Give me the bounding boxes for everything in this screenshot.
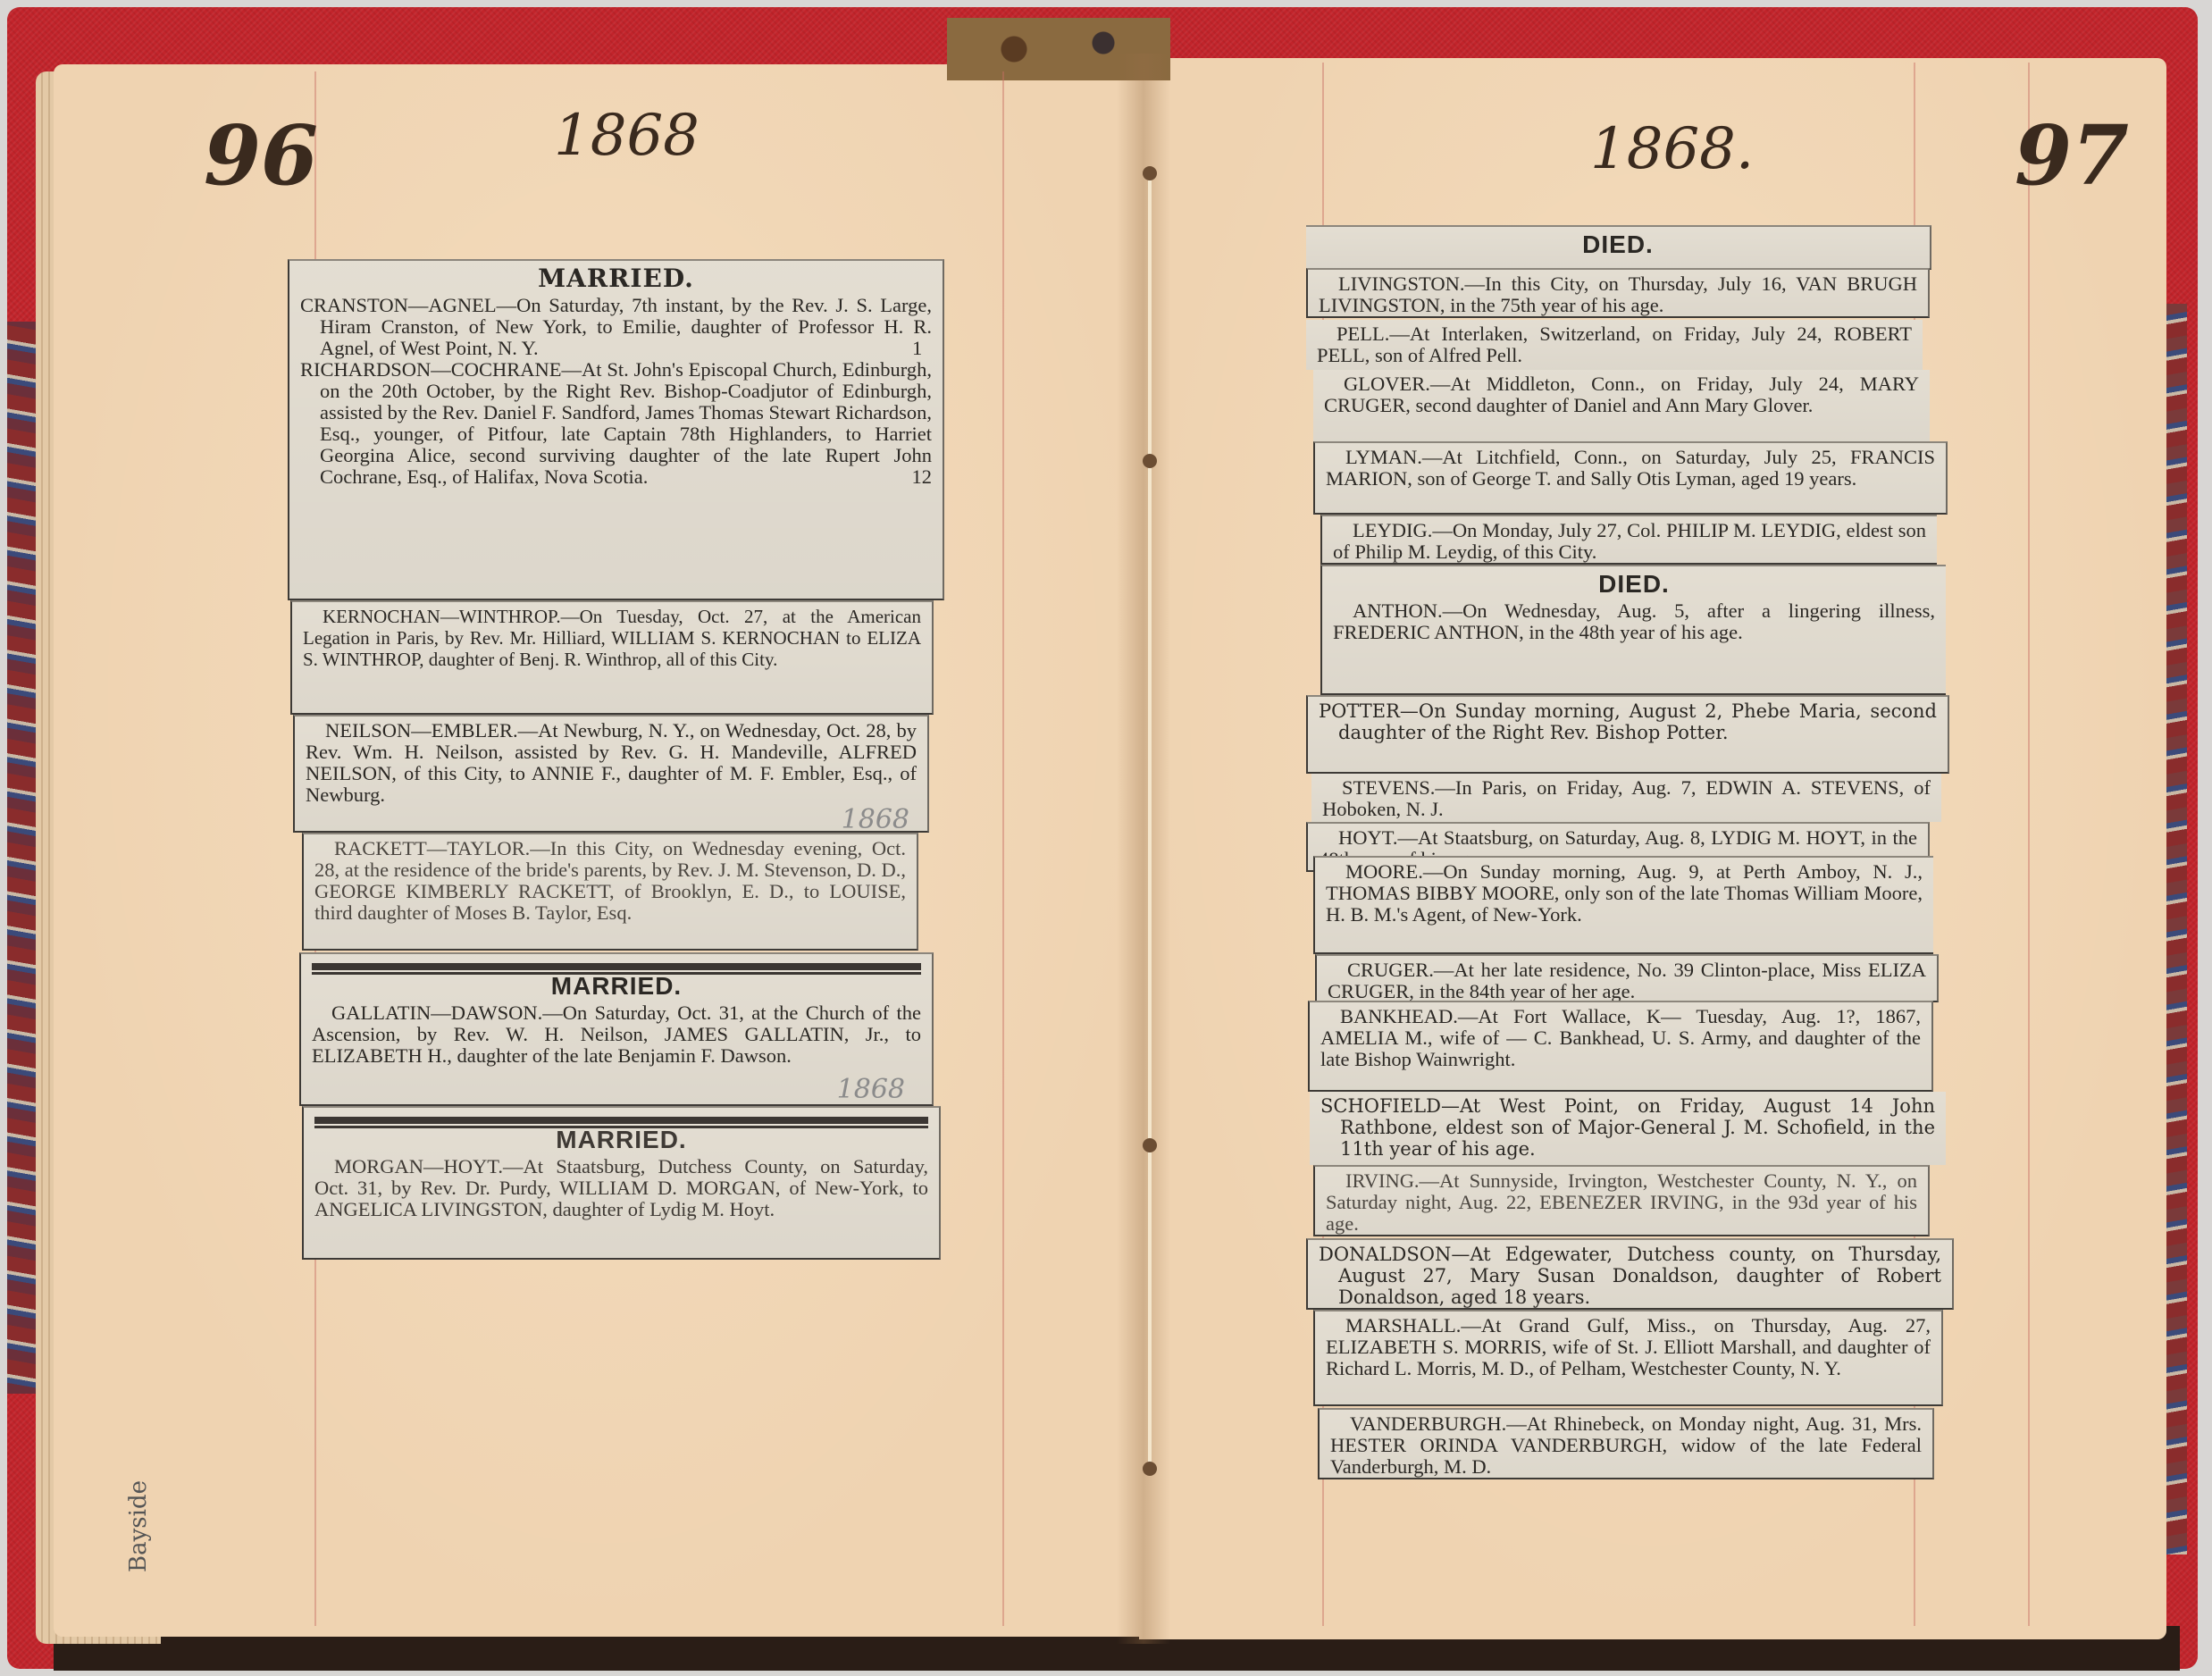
clipping-anthon: DIED. ANTHON.—On Wednesday, Aug. 5, afte… [1320, 565, 1946, 695]
margin-rule [1002, 71, 1004, 1626]
page-number-left: 96 [204, 107, 318, 204]
margin-rule [2028, 63, 2030, 1626]
edge-label: Bayside [125, 1480, 152, 1572]
announcement: NEILSON—EMBLER.—At Newburg, N. Y., on We… [306, 720, 917, 806]
clipping-bankhead: BANKHEAD.—At Fort Wallace, K— Tuesday, A… [1308, 1001, 1933, 1092]
book-gutter [1117, 54, 1170, 1644]
clipping-schofield: SCHOFIELD—At West Point, on Friday, Augu… [1310, 1092, 1946, 1165]
announcement: LEYDIG.—On Monday, July 27, Col. PHILIP … [1333, 520, 1926, 563]
announcement: BANKHEAD.—At Fort Wallace, K— Tuesday, A… [1320, 1006, 1921, 1070]
announcement: VANDERBURGH.—At Rhinebeck, on Monday nig… [1330, 1413, 1922, 1478]
clipping-married-3: MARRIED. MORGAN—HOYT.—At Staatsburg, Dut… [302, 1106, 941, 1260]
announcement: POTTER—On Sunday morning, August 2, Pheb… [1319, 700, 1937, 743]
pencil-annotation: 1868 [837, 1079, 905, 1101]
clipping-potter: POTTER—On Sunday morning, August 2, Pheb… [1306, 695, 1949, 774]
announcement: LIVINGSTON.—In this City, on Thursday, J… [1319, 273, 1917, 316]
clipping-vanderburgh: VANDERBURGH.—At Rhinebeck, on Monday nig… [1318, 1408, 1934, 1479]
clipping-rackett: RACKETT—TAYLOR.—In this City, on Wednesd… [302, 833, 918, 951]
announcement: MARSHALL.—At Grand Gulf, Miss., on Thurs… [1326, 1315, 1931, 1379]
announcement: CRUGER.—At her late residence, No. 39 Cl… [1328, 960, 1926, 1002]
announcement: SCHOFIELD—At West Point, on Friday, Augu… [1320, 1095, 1935, 1160]
announcement: IRVING.—At Sunnyside, Irvington, Westche… [1326, 1170, 1917, 1235]
stitch-knot [1143, 1462, 1157, 1476]
announcement: GALLATIN—DAWSON.—On Saturday, Oct. 31, a… [312, 1002, 921, 1067]
binding-thread [1148, 170, 1152, 1465]
announcement: DONALDSON—At Edgewater, Dutchess county,… [1319, 1244, 1941, 1308]
clipping-glover: GLOVER.—At Middleton, Conn., on Friday, … [1313, 370, 1930, 441]
heavy-rule [314, 1117, 928, 1126]
announcement: MORGAN—HOYT.—At Staatsburg, Dutchess Cou… [314, 1156, 928, 1220]
clipping-livingston: LIVINGSTON.—In this City, on Thursday, J… [1306, 268, 1930, 318]
announcement: GLOVER.—At Middleton, Conn., on Friday, … [1324, 373, 1919, 416]
clipping-heading: MARRIED. [300, 268, 932, 289]
clipping-heading: MARRIED. [312, 976, 921, 997]
announcement: RICHARDSON—COCHRANE—At St. John's Episco… [300, 359, 932, 488]
clipping-moore: MOORE.—On Sunday morning, Aug. 9, at Per… [1313, 856, 1933, 954]
clipping-heading: DIED. [1333, 574, 1935, 595]
clipping-heading: DIED. [1317, 234, 1919, 256]
clipping-irving: IRVING.—At Sunnyside, Irvington, Westche… [1313, 1165, 1930, 1236]
clipping-married-2: MARRIED. GALLATIN—DAWSON.—On Saturday, O… [299, 952, 934, 1106]
clipping-kernochan: KERNOCHAN—WINTHROP.—On Tuesday, Oct. 27,… [290, 600, 934, 715]
clipping-donaldson: DONALDSON—At Edgewater, Dutchess county,… [1306, 1238, 1954, 1310]
announcement: MOORE.—On Sunday morning, Aug. 9, at Per… [1326, 861, 1923, 926]
stitch-knot [1143, 1138, 1157, 1152]
announcement: CRANSTON—AGNEL—On Saturday, 7th instant,… [300, 295, 932, 359]
announcement: RACKETT—TAYLOR.—In this City, on Wednesd… [314, 838, 906, 924]
clipping-leydig: LEYDIG.—On Monday, July 27, Col. PHILIP … [1320, 515, 1937, 565]
clipping-died-heading: DIED. [1306, 225, 1931, 270]
heavy-rule [312, 963, 921, 972]
stitch-knot [1143, 454, 1157, 468]
clipping-neilson: NEILSON—EMBLER.—At Newburg, N. Y., on We… [293, 715, 929, 833]
clipping-heading: MARRIED. [314, 1129, 928, 1151]
clipping-marshall: MARSHALL.—At Grand Gulf, Miss., on Thurs… [1313, 1310, 1943, 1406]
clipping-stevens: STEVENS.—In Paris, on Friday, Aug. 7, ED… [1311, 774, 1941, 822]
announcement: STEVENS.—In Paris, on Friday, Aug. 7, ED… [1322, 777, 1931, 820]
stitch-knot [1143, 166, 1157, 180]
pencil-annotation: 1868 [842, 809, 909, 831]
announcement: PELL.—At Interlaken, Switzerland, on Fri… [1317, 323, 1912, 366]
announcement: ANTHON.—On Wednesday, Aug. 5, after a li… [1333, 600, 1935, 643]
clipping-lyman: LYMAN.—At Litchfield, Conn., on Saturday… [1313, 441, 1948, 515]
announcement: LYMAN.—At Litchfield, Conn., on Saturday… [1326, 447, 1935, 490]
clipping-married-1: MARRIED. CRANSTON—AGNEL—On Saturday, 7th… [288, 259, 944, 600]
announcement: KERNOCHAN—WINTHROP.—On Tuesday, Oct. 27,… [303, 606, 921, 670]
year-right: 1868. [1590, 116, 1754, 182]
clipping-pell: PELL.—At Interlaken, Switzerland, on Fri… [1306, 320, 1923, 370]
page-number-right: 97 [2015, 107, 2129, 204]
clipping-cruger: CRUGER.—At her late residence, No. 39 Cl… [1315, 954, 1939, 1002]
year-left: 1868 [554, 103, 700, 169]
